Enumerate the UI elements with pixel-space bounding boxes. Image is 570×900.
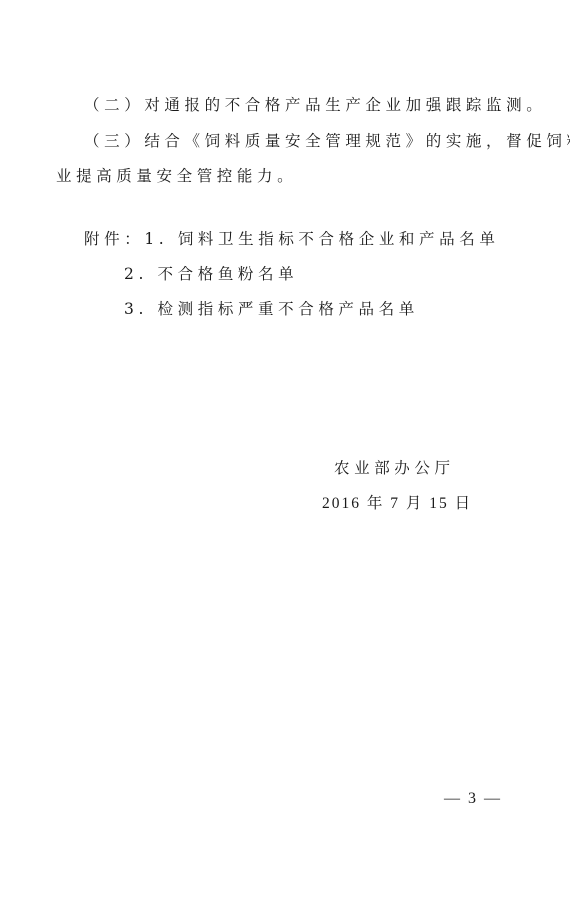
attachment-item-3: 3. 检测指标严重不合格产品名单	[124, 299, 419, 319]
page-number: — 3 —	[444, 790, 502, 808]
paragraph-3-prefix: （三）	[84, 132, 144, 150]
paragraph-2-prefix: （二）	[84, 96, 144, 114]
attachments-label: 附件：	[84, 230, 144, 248]
paragraph-2-text: 对通报的不合格产品生产企业加强跟踪监测。	[144, 96, 546, 114]
paragraph-2: （二）对通报的不合格产品生产企业加强跟踪监测。	[84, 95, 546, 115]
paragraph-3-text: 结合《饲料质量安全管理规范》的实施，督促饲料生产企	[144, 132, 570, 150]
attachments-line-1: 附件：1. 饲料卫生指标不合格企业和产品名单	[84, 229, 499, 249]
paragraph-3: （三）结合《饲料质量安全管理规范》的实施，督促饲料生产企	[84, 131, 570, 151]
attachment-item-2: 2. 不合格鱼粉名单	[124, 264, 298, 284]
issuer: 农业部办公厅	[334, 458, 455, 478]
issue-date: 2016 年 7 月 15 日	[322, 494, 472, 514]
paragraph-3-continuation: 业提高质量安全管控能力。	[56, 166, 297, 186]
attachment-item-1: 1. 饲料卫生指标不合格企业和产品名单	[144, 230, 499, 248]
